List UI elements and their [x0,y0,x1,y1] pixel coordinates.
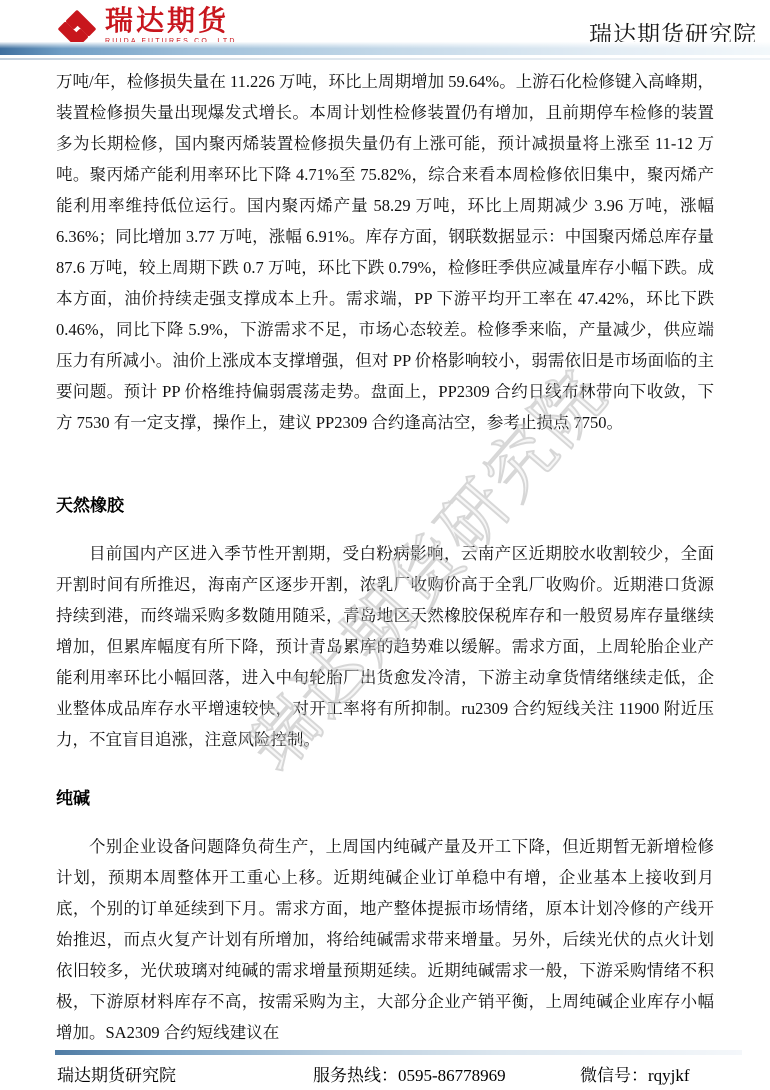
footer-institute: 瑞达期货研究院 [57,1061,176,1086]
report-page: 瑞达期货 RUIDA FUTURES CO.,LTD. 瑞达期货研究院 万吨/年… [0,0,770,1090]
paragraph-rubber: 目前国内产区进入季节性开割期，受白粉病影响，云南产区近期胶水收割较少，全面开割时… [56,538,714,755]
footer-wechat-label: 微信号： [580,1066,648,1085]
section-heading-soda: 纯碱 [56,783,714,814]
header-gradient-bar [0,42,770,55]
document-body: 万吨/年，检修损失量在 11.226 万吨，环比上周期增加 59.64%。上游石… [56,60,714,1048]
section-heading-rubber: 天然橡胶 [56,490,714,521]
paragraph-soda: 个别企业设备问题降负荷生产，上周国内纯碱产量及开工下降，但近期暂无新增检修计划，… [56,831,714,1048]
paragraph-pp: 万吨/年，检修损失量在 11.226 万吨，环比上周期增加 59.64%。上游石… [56,66,714,438]
brand-logo-text: 瑞达期货 RUIDA FUTURES CO.,LTD. [105,5,241,45]
footer-wechat-id: rqyjkf [648,1066,690,1085]
footer-gradient-bar [55,1050,742,1055]
footer-hotline: 服务热线：0595-86778969 [313,1061,506,1086]
brand-name-cn: 瑞达期货 [105,5,241,37]
footer-wechat: 微信号：rqyjkf [580,1061,690,1086]
footer-hotline-label: 服务热线： [313,1066,398,1085]
footer-hotline-number: 0595-86778969 [398,1066,506,1085]
